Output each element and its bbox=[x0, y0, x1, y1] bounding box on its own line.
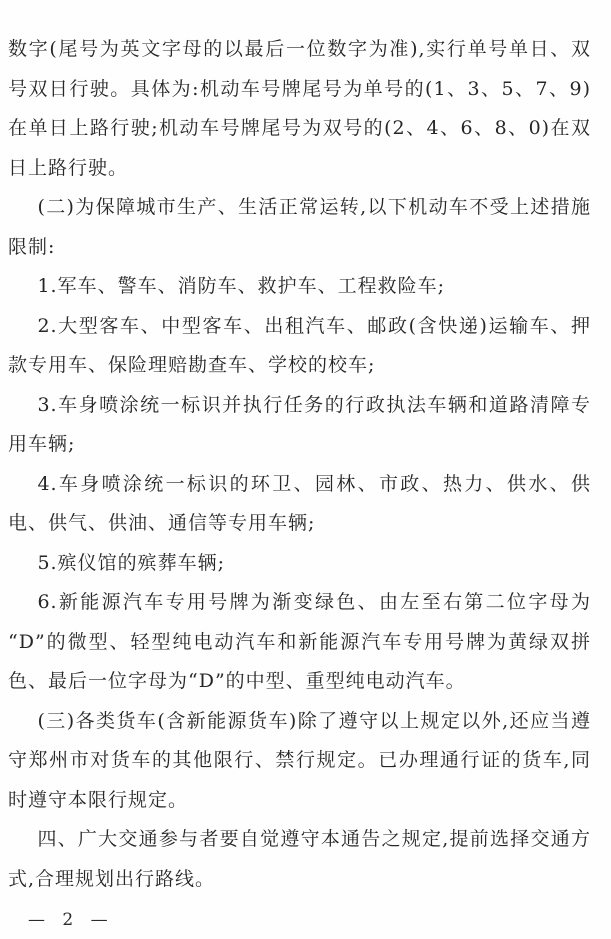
list-item-exempt-6: 6.新能源汽车专用号牌为渐变绿色、由左至右第二位字母为“D”的微型、轻型纯电动汽… bbox=[8, 583, 591, 702]
paragraph-plate-number-rule: 数字(尾号为英文字母的以最后一位数字为准),实行单号单日、双号双日行驶。具体为:… bbox=[8, 30, 591, 188]
paragraph-exemption-intro: (二)为保障城市生产、生活正常运转,以下机动车不受上述措施限制: bbox=[8, 188, 591, 267]
list-item-exempt-3: 3.车身喷涂统一标识并执行任务的行政执法车辆和道路清障专用车辆; bbox=[8, 386, 591, 465]
list-item-exempt-1: 1.军车、警车、消防车、救护车、工程救险车; bbox=[8, 267, 591, 307]
list-item-exempt-2: 2.大型客车、中型客车、出租汽车、邮政(含快递)运输车、押款专用车、保险理赔勘查… bbox=[8, 307, 591, 386]
list-item-exempt-4: 4.车身喷涂统一标识的环卫、园林、市政、热力、供水、供电、供气、供油、通信等专用… bbox=[8, 465, 591, 544]
page-number: — 2 — bbox=[28, 910, 114, 930]
notice-body: 数字(尾号为英文字母的以最后一位数字为准),实行单号单日、双号双日行驶。具体为:… bbox=[8, 30, 591, 899]
paragraph-public-appeal: 四、广大交通参与者要自觉遵守本通告之规定,提前选择交通方式,合理规划出行路线。 bbox=[8, 820, 591, 899]
document-page: 数字(尾号为英文字母的以最后一位数字为准),实行单号单日、双号双日行驶。具体为:… bbox=[0, 0, 611, 939]
page-footer: — 2 — bbox=[8, 908, 591, 932]
paragraph-truck-rules: (三)各类货车(含新能源货车)除了遵守以上规定以外,还应当遵守郑州市对货车的其他… bbox=[8, 702, 591, 821]
list-item-exempt-5: 5.殡仪馆的殡葬车辆; bbox=[8, 544, 591, 584]
